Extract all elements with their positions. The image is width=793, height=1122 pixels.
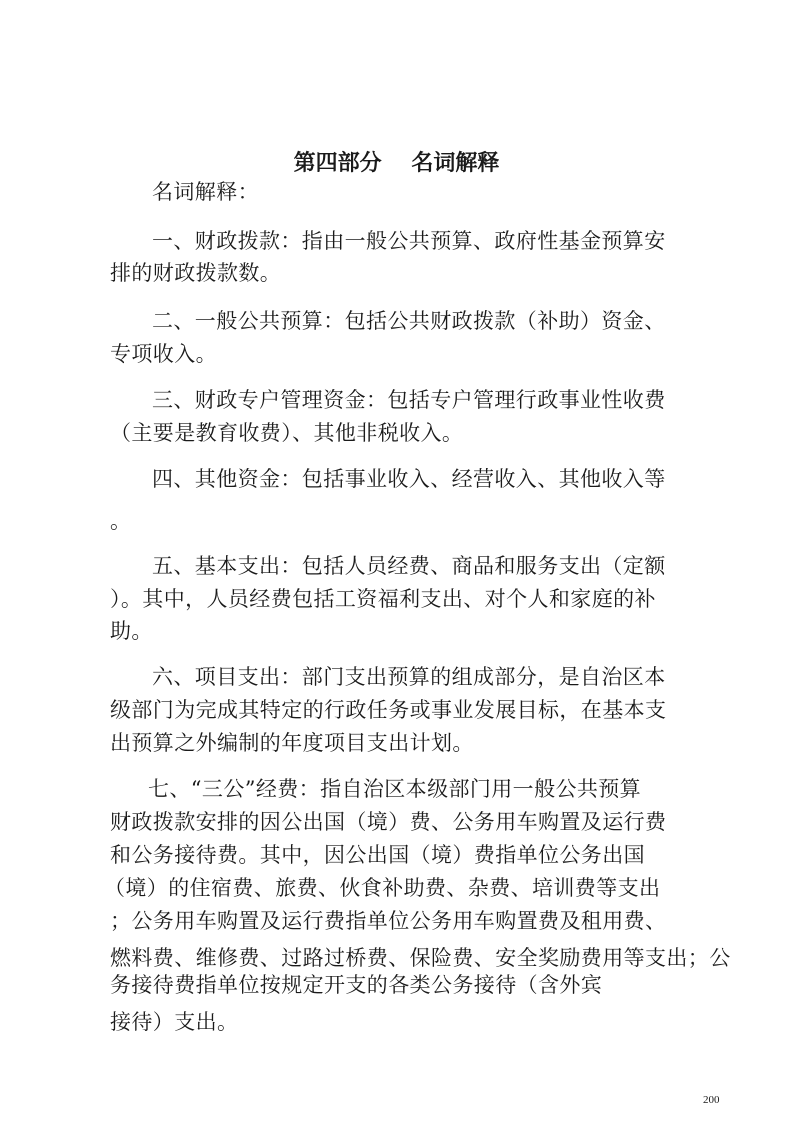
paragraph-line: 燃料费、维修费、过路过桥费、保险费、安全奖励费用等支出；公 [110,944,731,972]
paragraph-line: 助。 [110,617,153,645]
paragraph-line: ；公务用车购置及运行费指单位公务用车购置费及租用费、 [110,907,666,935]
paragraph-line: 和公务接待费。其中，因公出国（境）费指单位公务出国 [110,841,645,869]
paragraph-line: ）。其中，人员经费包括工资福利支出、对个人和家庭的补 [110,585,656,613]
paragraph-line: 接待）支出。 [110,1008,238,1036]
intro-heading: 名词解释： [152,178,259,206]
paragraph-line: 七、“三公”经费：指自治区本级部门用一般公共预算 [148,775,641,803]
document-page: 第四部分 名词解释 名词解释： 一、财政拨款：指由一般公共预算、政府性基金预算安… [0,0,793,1122]
paragraph-line: 务接待费指单位按规定开支的各类公务接待（含外宾 [110,971,602,999]
section-title: 第四部分 名词解释 [0,146,793,177]
paragraph-line: 。 [110,507,131,535]
paragraph-line: （境）的住宿费、旅费、伙食补助费、杂费、培训费等支出 [104,874,660,902]
paragraph-line: （主要是教育收费）、其他非税收入。 [110,419,463,447]
paragraph-line: 三、财政专户管理资金：包括专户管理行政事业性收费 [152,386,666,414]
paragraph-line: 专项收入。 [110,340,217,368]
paragraph-line: 财政拨款安排的因公出国（境）费、公务用车购置及运行费 [110,808,666,836]
paragraph-line: 出预算之外编制的年度项目支出计划。 [110,729,474,757]
paragraph-line: 四、其他资金：包括事业收入、经营收入、其他收入等 [152,465,666,493]
paragraph-line: 五、基本支出：包括人员经费、商品和服务支出（定额 [152,552,666,580]
paragraph-line: 六、项目支出：部门支出预算的组成部分，是自治区本 [152,663,666,691]
page-number: 200 [703,1094,720,1106]
paragraph-line: 级部门为完成其特定的行政任务或事业发展目标，在基本支 [110,696,666,724]
paragraph-line: 一、财政拨款：指由一般公共预算、政府性基金预算安 [152,227,666,255]
paragraph-line: 排的财政拨款数。 [110,259,281,287]
paragraph-line: 二、一般公共预算：包括公共财政拨款（补助）资金、 [152,307,666,335]
